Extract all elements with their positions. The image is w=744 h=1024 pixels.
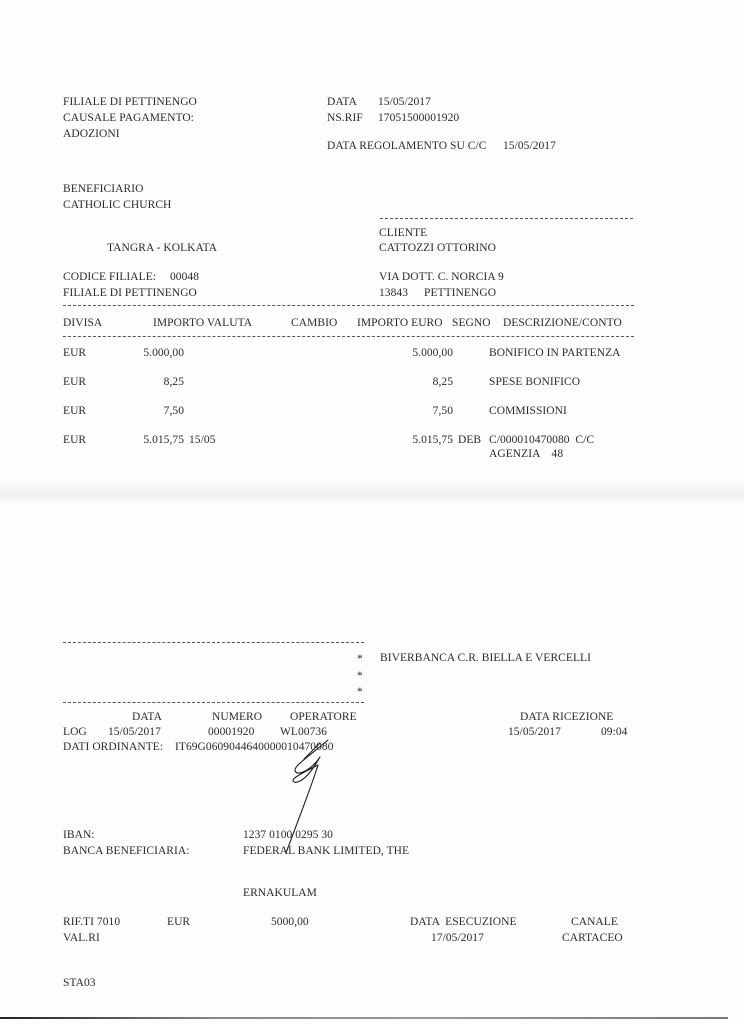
table-header-separator bbox=[63, 336, 634, 337]
log-numero: 00001920 bbox=[208, 726, 254, 739]
log-label: LOG bbox=[63, 726, 87, 739]
paper-fold-crease bbox=[0, 480, 744, 504]
cliente-name: CATTOZZI OTTORINO bbox=[379, 242, 496, 255]
causale-label: CAUSALE PAGAMENTO: bbox=[63, 112, 194, 125]
banca-beneficiaria-value: FEDERAL BANK LIMITED, THE bbox=[243, 845, 409, 858]
footer-currency: EUR bbox=[167, 916, 190, 929]
page-edge bbox=[0, 1017, 728, 1019]
col-importo-euro: IMPORTO EURO bbox=[357, 317, 443, 330]
iban-value: 1237 0100 0295 30 bbox=[243, 829, 333, 842]
cell-importo-euro: 7,50 bbox=[370, 405, 453, 418]
col-cambio: CAMBIO bbox=[291, 317, 337, 330]
col-divisa: DIVISA bbox=[63, 317, 102, 330]
esecuzione-value: 17/05/2017 bbox=[431, 932, 484, 945]
cell-importo-euro: 5.000,00 bbox=[370, 347, 453, 360]
cell-divisa: EUR bbox=[63, 376, 86, 389]
bank-top-separator bbox=[63, 642, 364, 643]
cliente-address: VIA DOTT. C. NORCIA 9 bbox=[379, 271, 504, 284]
beneficiario-filiale: FILIALE DI PETTINENGO bbox=[63, 287, 197, 300]
log-col-numero: NUMERO bbox=[212, 711, 262, 724]
cell-descrizione: BONIFICO IN PARTENZA bbox=[489, 347, 621, 360]
log-col-data: DATA bbox=[132, 711, 162, 724]
star-2: * bbox=[357, 670, 363, 683]
cell-divisa: EUR bbox=[63, 347, 86, 360]
esecuzione-label: DATA ESECUZIONE bbox=[410, 916, 517, 929]
canale-label: CANALE bbox=[571, 916, 618, 929]
beneficiario-name: CATHOLIC CHURCH bbox=[63, 199, 171, 212]
cell-valuta-date: 15/05 bbox=[189, 434, 215, 447]
causale-value: ADOZIONI bbox=[63, 128, 120, 141]
cell-importo-valuta: 7,50 bbox=[100, 405, 184, 418]
col-segno: SEGNO bbox=[452, 317, 491, 330]
bank-bottom-separator bbox=[63, 702, 364, 703]
log-col-operatore: OPERATORE bbox=[290, 711, 357, 724]
cliente-separator bbox=[380, 218, 633, 219]
beneficiary-bank-city: ERNAKULAM bbox=[243, 887, 317, 900]
rifti-label: RIF.TI 7010 bbox=[63, 916, 120, 929]
iban-label: IBAN: bbox=[63, 829, 95, 842]
bank-receipt-page: FILIALE DI PETTINENGO CAUSALE PAGAMENTO:… bbox=[0, 0, 744, 1024]
cell-importo-valuta: 5.015,75 bbox=[100, 434, 184, 447]
beneficiario-label: BENEFICIARIO bbox=[63, 183, 143, 196]
cell-divisa: EUR bbox=[63, 434, 86, 447]
canale-value: CARTACEO bbox=[562, 932, 623, 945]
document-code: STA03 bbox=[63, 977, 96, 990]
log-data: 15/05/2017 bbox=[108, 726, 161, 739]
ordinante-label: DATI ORDINANTE: bbox=[63, 741, 163, 754]
cell-segno: DEB bbox=[458, 434, 481, 447]
codice-filiale-value: 00048 bbox=[170, 271, 199, 284]
data-label: DATA bbox=[327, 96, 357, 109]
star-1: * bbox=[357, 653, 363, 666]
ricezione-time: 09:04 bbox=[601, 726, 627, 739]
cliente-label: CLIENTE bbox=[379, 227, 427, 240]
cell-importo-valuta: 8,25 bbox=[100, 376, 184, 389]
star-3: * bbox=[357, 686, 363, 699]
banca-beneficiaria-label: BANCA BENEFICIARIA: bbox=[63, 845, 190, 858]
nsrif-label: NS.RIF bbox=[327, 112, 363, 125]
cell-descrizione: C/000010470080 C/C bbox=[489, 434, 594, 447]
nsrif-value: 17051500001920 bbox=[378, 112, 459, 125]
cell-descrizione: COMMISSIONI bbox=[489, 405, 567, 418]
bank-name: BIVERBANCA C.R. BIELLA E VERCELLI bbox=[380, 652, 591, 665]
cell-importo-euro: 5.015,75 bbox=[370, 434, 453, 447]
valri-label: VAL.RI bbox=[63, 932, 100, 945]
ricezione-label: DATA RICEZIONE bbox=[520, 711, 613, 724]
beneficiario-location: TANGRA - KOLKATA bbox=[107, 242, 217, 255]
filiale-name: FILIALE DI PETTINENGO bbox=[63, 96, 197, 109]
cliente-city: PETTINENGO bbox=[424, 287, 496, 300]
codice-filiale-label: CODICE FILIALE: bbox=[63, 271, 156, 284]
regolamento-value: 15/05/2017 bbox=[503, 140, 556, 153]
ricezione-date: 15/05/2017 bbox=[508, 726, 561, 739]
cell-divisa: EUR bbox=[63, 405, 86, 418]
data-value: 15/05/2017 bbox=[378, 96, 431, 109]
table-top-separator bbox=[63, 305, 634, 306]
cell-descrizione: SPESE BONIFICO bbox=[489, 376, 580, 389]
footer-amount: 5000,00 bbox=[271, 916, 309, 929]
cell-descrizione-agenzia: AGENZIA 48 bbox=[489, 448, 563, 461]
cliente-cap: 13843 bbox=[379, 287, 408, 300]
col-importo-valuta: IMPORTO VALUTA bbox=[153, 317, 252, 330]
cell-importo-euro: 8,25 bbox=[370, 376, 453, 389]
regolamento-label: DATA REGOLAMENTO SU C/C bbox=[327, 140, 486, 153]
col-descrizione: DESCRIZIONE/CONTO bbox=[503, 317, 622, 330]
cell-importo-valuta: 5.000,00 bbox=[100, 347, 184, 360]
